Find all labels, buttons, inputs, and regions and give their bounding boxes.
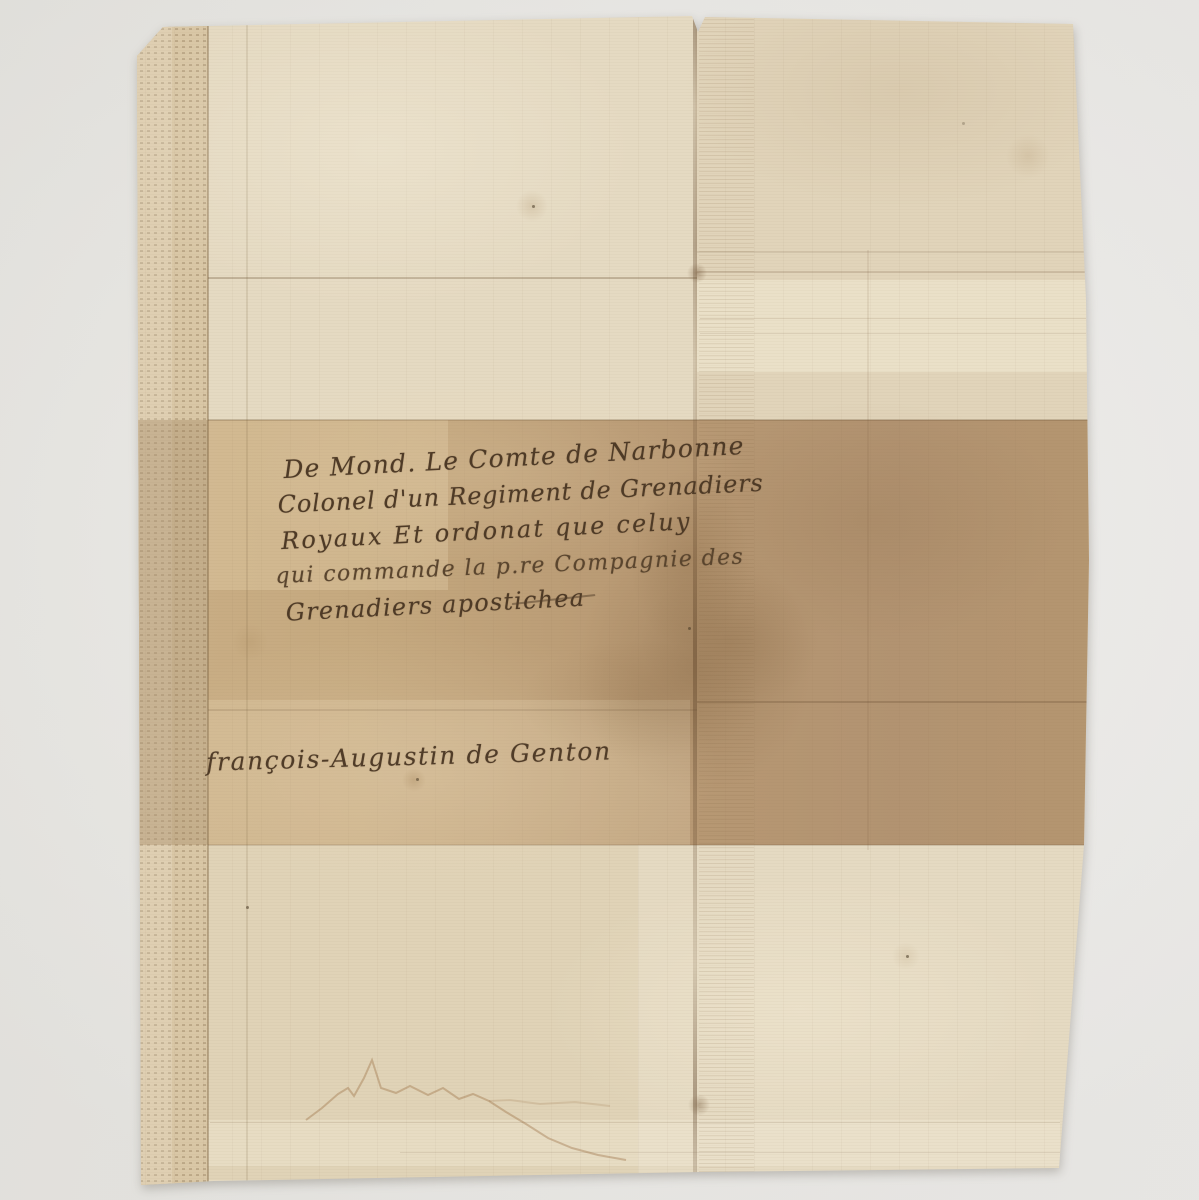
photo-of-manuscript: De Mond. Le Comte de Narbonne Colonel d'…	[0, 0, 1199, 1200]
manuscript-sheet: De Mond. Le Comte de Narbonne Colonel d'…	[0, 0, 1199, 1200]
water-tide-stain	[0, 0, 1199, 1200]
paper-shadow-wrapper: De Mond. Le Comte de Narbonne Colonel d'…	[0, 0, 1199, 1200]
